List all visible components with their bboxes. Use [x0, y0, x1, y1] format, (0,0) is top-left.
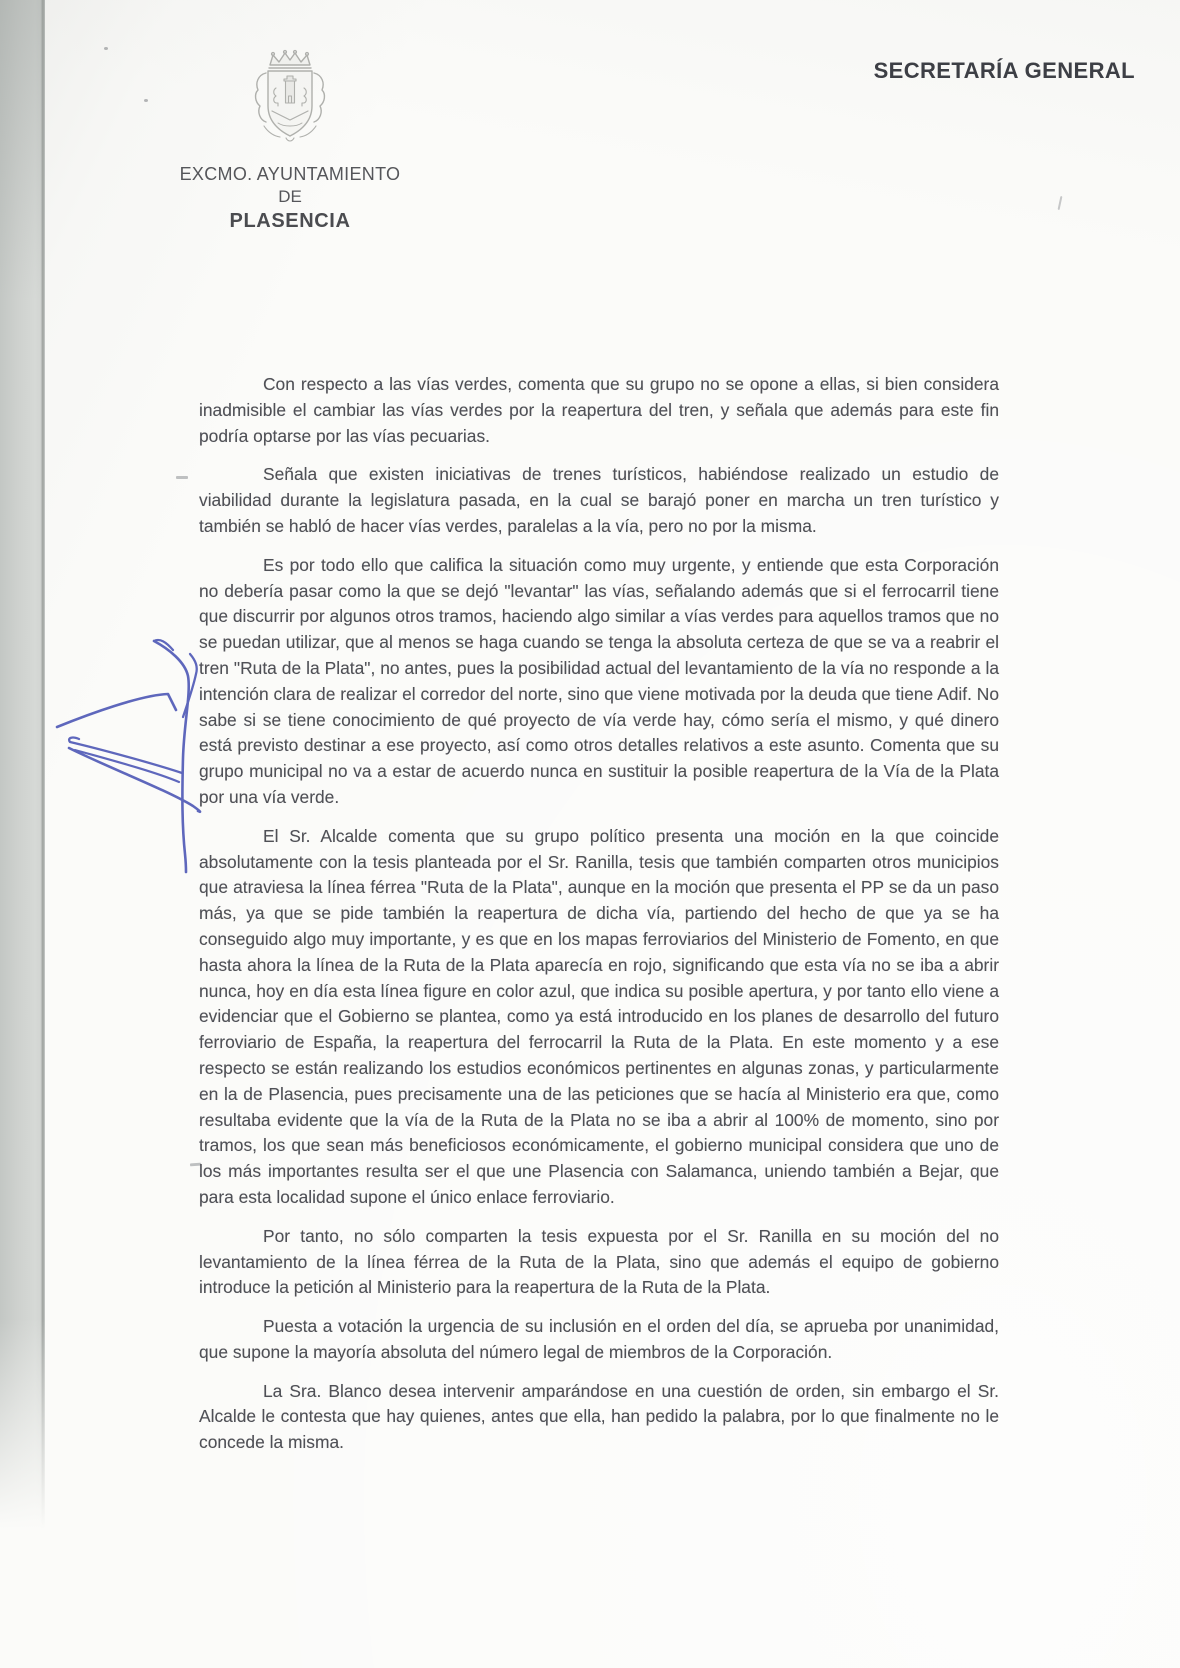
- department-title: SECRETARÍA GENERAL: [874, 58, 1135, 84]
- paragraph: La Sra. Blanco desea intervenir amparánd…: [199, 1379, 999, 1456]
- header-org-block: EXCMO. AYUNTAMIENTO DE PLASENCIA: [150, 48, 430, 234]
- scanner-edge-shadow: [0, 0, 45, 300]
- org-name-line2: DE: [150, 186, 430, 208]
- scanner-edge-fade: [0, 1318, 45, 1558]
- paragraph: Es por todo ello que califica la situaci…: [199, 553, 999, 811]
- org-name-line3: PLASENCIA: [150, 208, 430, 234]
- scanned-document-page: { "page": { "background": "#fbfbf9", "ki…: [0, 0, 1180, 1668]
- paragraph: Señala que existen iniciativas de trenes…: [199, 462, 999, 539]
- handwritten-pen-flourish-icon: [45, 598, 215, 876]
- paragraph: Por tanto, no sólo comparten la tesis ex…: [199, 1224, 999, 1301]
- scanner-edge-band: [0, 0, 45, 1558]
- margin-dash-artifact: [176, 476, 188, 479]
- scan-speck: [144, 99, 148, 102]
- paragraph: Puesta a votación la urgencia de su incl…: [199, 1314, 999, 1366]
- scan-mark-artifact: [1058, 196, 1063, 210]
- city-coat-of-arms-icon: [242, 48, 338, 148]
- document-body: Con respecto a las vías verdes, comenta …: [199, 372, 999, 1469]
- scan-speck: [104, 47, 108, 50]
- paragraph: El Sr. Alcalde comenta que su grupo polí…: [199, 824, 999, 1211]
- paragraph: Con respecto a las vías verdes, comenta …: [199, 372, 999, 449]
- org-name-line1: EXCMO. AYUNTAMIENTO: [150, 162, 430, 186]
